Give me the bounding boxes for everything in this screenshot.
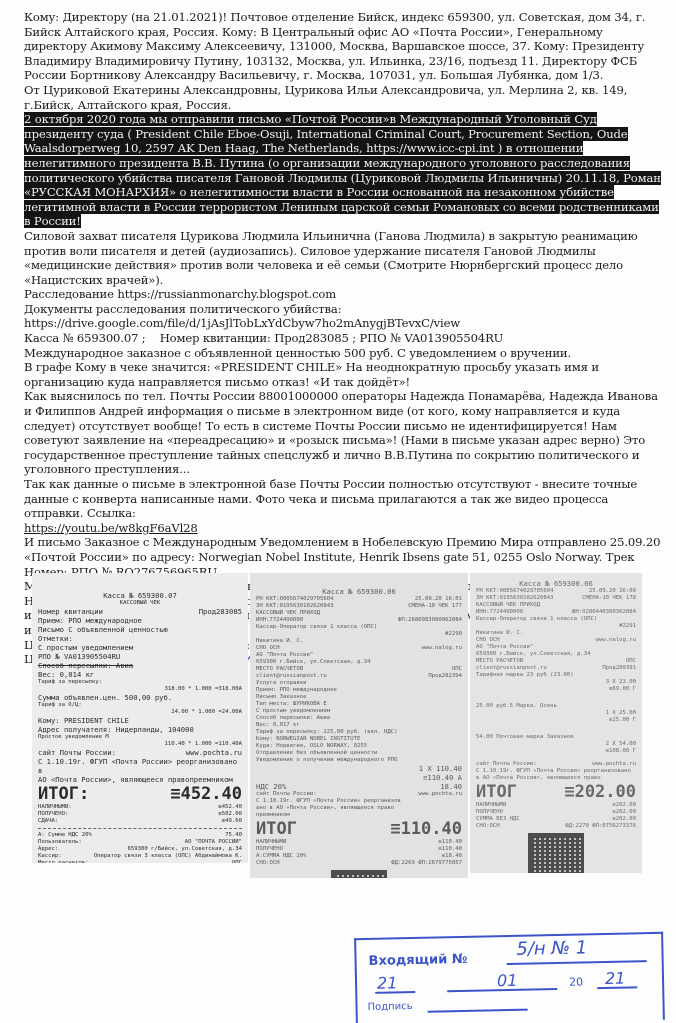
r3-addr: 659300 г.Бийск, ул.Советская, д.34 [476,651,636,658]
r2-vat-total: ≡18.40 [442,853,462,860]
r1-total: ≡452.40 [170,784,242,804]
r3-line: РН ККТ:0005674029705604 [476,588,553,595]
r1-received-label: ПОЛУЧЕНО: [38,811,68,818]
r1-cash-label: НАЛИЧНЫМИ: [38,804,72,811]
r1-notice-calc: 110.40 * 1.000 =110.40А [38,741,242,748]
r2-reorg: ано в АО «Почта России», являющееся прав… [256,805,462,812]
r1-dv-calc: 24.00 * 1.000 =24.00А [38,709,242,716]
r1-user: АО "ПОЧТА РОССИИ" [185,839,242,846]
r1-notice-label: Простое уведомление М [38,734,242,741]
kassa-number: Касса № 659300.07 [38,591,242,600]
r1-line: РПО № VA013905504RU [38,652,242,661]
r1-line: Прием: РПО международное [38,616,242,625]
r3-line: ЗН ККТ:0195630102620843 [476,595,553,602]
r2-body-line: Уведомление о получении международного Р… [256,757,462,764]
r2-cashier: Никитина И. С. [256,638,462,645]
r2-fn: ФП:2680983080062084 [398,617,462,624]
stamp-line [447,988,557,992]
r2-vat: 18.40 [440,782,462,791]
r2-shift: СМЕНА-10 ЧЕК 177 [408,603,462,610]
r1-cashier-label: Кассир: [38,853,62,860]
r3-total: ≡202.00 [564,782,636,802]
stamp-year-prefix: 20 [569,975,583,988]
r1-address: Адрес получателя: Нидерланды, 104000 [38,725,242,734]
r1-weight: Вес: 0,014 кг [38,670,242,679]
qr-code-icon [528,833,584,873]
receipt-type: КАССОВЫЙ ЧЕК [38,600,242,607]
r2-line: КАССОВЫЙ ЧЕК ПРИХОД [256,610,462,617]
r2-sum: ≡110.40 А [256,773,462,782]
stamp-day: 21 [377,973,398,992]
r2-reorg: С 1.10.19г. ФГУП «Почта России» реоргани… [256,798,462,805]
r2-fd: ФД:2269 ФП:2679775057 [391,860,462,867]
r3-site: www.nalog.ru [596,637,636,644]
r2-prod: Прод282394 [428,673,462,680]
r2-place: МЕСТО РАСЧЕТОВ [256,666,303,673]
r2-org: АО "Почта России" [256,652,462,659]
r3-site-label: сайт Почты России: [476,761,537,768]
receipt-no-label: Номер квитанции [38,607,103,616]
r2-body-line: Вес: 0,017 кг [256,722,462,729]
r1-declared: Сумма объявлен.цен. 500,00 руб. [38,693,242,702]
r1-reorg: С 1.10.19г. ФГУП <Почта России> реоргани… [38,757,242,775]
r3-item-sum: ≡108.00 Г [476,748,636,755]
r3-item-qty: 1 X 25.00 [476,710,636,717]
r3-item: 25.00 руб.5 Марка. Осень [476,703,636,710]
r3-line: Кассир-Оператор связи 1 класса (ОПС) [476,616,636,623]
highlighted-paragraph: 2 октября 2020 года мы отправили письмо … [24,112,664,229]
r1-line: Письмо С объявленной ценностью [38,625,242,634]
documents-link[interactable]: https://drive.google.com/file/d/1jAsJlTo… [24,316,664,331]
r3-received: ≡202.00 [612,809,636,816]
r3-prod: Прод280391 [602,665,636,672]
r3-line: ИНН:7724490000 [476,609,523,616]
r3-doc-no: #2291 [476,623,636,630]
r2-site: www.nalog.ru [422,645,462,652]
r2-reorg: преемником [256,812,462,819]
receipt-stamps: Касса № 659300.06 РН ККТ:000567402970560… [470,573,642,873]
r2-body-line: Отправление без объявленной ценности [256,750,462,757]
kassa-number: Касса № 659300.06 [476,579,636,588]
r1-line: Отметки: [38,634,242,643]
registered-mail: Международное заказное с объявленной цен… [24,346,664,361]
r3-item-qty: 3 X 23.00 [476,679,636,686]
stamp-signature-label: Подпись [367,1001,412,1013]
r3-reorg: в АО «Почта России», являющееся право [476,775,636,782]
r2-datetime: 25.09.20 16:01 [415,596,462,603]
r3-item-sum: ≡25.00 Г [476,717,636,724]
r3-datetime: 25.09.20 16:09 [589,588,636,595]
r1-received: ≡502.00 [218,811,242,818]
r2-total: ≡110.40 [390,819,462,839]
r2-line: ЗН ККТ:0195630102620843 [256,603,333,610]
r3-cash-label: НАЛИЧНЫМИ [476,802,506,809]
r2-email: client@russianpost.ru [256,673,327,680]
r3-org: АО "Почта России" [476,644,636,651]
r2-place-val: ОПС [452,666,462,673]
phone-call-paragraph: Как выяснилось по тел. Почты России 8800… [24,389,664,477]
r2-site-pochta: www.pochta.ru [418,791,462,798]
r2-line: РН ККТ:0005674029705604 [256,596,333,603]
r1-place: ОПС [232,860,242,863]
r2-line: Кассир-Оператор связи 1 класса (ОПС) [256,624,462,631]
stamp-title: Входящий № [368,952,467,969]
incoming-stamp: Входящий № 5/н № 1 21 01 20 21 Подпись [354,932,665,1023]
r1-change-label: СДАЧА: [38,818,58,825]
r3-place-val: ОПС [626,658,636,665]
receipt-info: Касса № 659300.07 ; Номер квитанции: Про… [24,331,664,346]
r2-received-label: ПОЛУЧЕНО [256,846,283,853]
r2-doc-no: #2290 [256,631,462,638]
r2-sno: СНО ОСН [256,645,280,652]
r3-cash: ≡202.00 [612,802,636,809]
r2-cash: ≡110.40 [438,839,462,846]
stamp-number: 5/н № 1 [516,937,587,959]
r3-item-sum: ≡69.00 Г [476,686,636,693]
kassa-number: Касса № 659300.06 [256,587,462,596]
stamp-line [428,1009,528,1013]
documents-label: Документы расследования политического уб… [24,302,664,317]
stamp-line [507,960,647,964]
r3-novat-label: СУММА БЕЗ НДС [476,816,520,823]
seizure-paragraph: Силовой захват писателя Цурикова Людмила… [24,229,664,287]
r1-reorg: АО <Почта России>, являющееся правопреем… [38,775,242,784]
r3-item: 54.00 Почтовая марка Заказное [476,734,636,741]
r3-email: client@russianpost.ru [476,665,547,672]
to-field-paragraph: В графе Кому в чеке значится: «PRESIDENT… [24,360,664,389]
r1-place-label: Место расчетов: [38,860,89,863]
r2-body-line: Способ пересылки: Авиа [256,715,462,722]
r3-sno: СНО ОСН [476,637,500,644]
investigation-link[interactable]: Расследование https://russianmonarchy.bl… [24,287,664,302]
r1-vat-label: А: Сумма НДС 20% [38,832,92,839]
r3-shift: СМЕНА-10 ЧЕК 178 [582,595,636,602]
stamp-year: 21 [605,969,626,988]
request-paragraph: Так как данные о письме в электронной ба… [24,477,664,521]
r3-reorg: С 1.10.19г. ФГУП «Почта России» реоргани… [476,768,636,775]
r1-cashier: Оператор связи 3 класса (ОПС) Абдинаймов… [94,853,242,860]
r1-addr-label: Адрес: [38,846,58,853]
r3-item: Тарифная марка 23 руб (23.00) [476,672,636,679]
r3-line: КАССОВЫЙ ЧЕК ПРИХОД [476,602,636,609]
receipt-no: Прод283085 [199,607,242,616]
stamp-line [597,986,637,988]
r2-cash-label: НАЛИЧНЫМИ [256,839,286,846]
r3-total-label: ИТОГ [476,782,517,802]
r1-vat: 75.40 [225,832,242,839]
divider [38,828,242,829]
addressees: Кому: Директору (на 21.01.2021)! Почтово… [24,10,664,83]
r2-body-line: Прием: РПО международное [256,687,462,694]
r3-novat: ≡202.00 [612,816,636,823]
r3-sno-label: СНО:ОСН [476,823,500,830]
video-link[interactable]: https://youtu.be/w8kgF6aVl28 [24,521,664,536]
r2-body-line: Услуга отправки [256,680,462,687]
stamp-month: 01 [497,971,518,990]
r3-site-pochta: www.pochta.ru [592,761,636,768]
r3-received-label: ПОЛУЧЕНО [476,809,503,816]
r1-change: ≡49.60 [222,818,242,825]
r2-line: ИНН:7724490000 [256,617,303,624]
receipt-icc: Касса № 659300.07 КАССОВЫЙ ЧЕК Номер кви… [32,573,248,863]
r1-site: www.pochta.ru [186,748,242,757]
r2-addr: 659300 г.Бийск, ул.Советская, д.34 [256,659,462,666]
r1-addr: 659300 г/Бийск, ул.Советская, д.34 [127,846,242,853]
r1-cash: ≡452.40 [218,804,242,811]
r1-site-label: сайт Почты России: [38,748,116,757]
r2-received: ≡110.40 [438,846,462,853]
r2-total-label: ИТОГ [256,819,297,839]
r2-vat-total-label: А:СУММА НДС 20% [256,853,307,860]
r1-tariff-calc: 318.00 * 1.000 =318.00А [38,686,242,693]
r1-total-label: ИТОГ: [38,784,89,804]
r2-body-line: С простым уведомлением [256,708,462,715]
sender: От Цуриковой Екатерины Александровны, Цу… [24,83,664,112]
r1-dv-label: Тариф за О/Ц: [38,702,242,709]
letter-body: Кому: Директору (на 21.01.2021)! Почтово… [24,10,664,667]
r2-body-line: Тип места: ШУРИКОВА Е [256,701,462,708]
r2-qty: 1 X 110.40 [256,764,462,773]
r1-to: Кому: PRESIDENT CHILE [38,716,242,725]
r2-body-line: Кому: NORWEGIAN NOBEL INSTITUTE [256,736,462,743]
receipt-nobel-notice: Касса № 659300.06 РН ККТ:000567402970560… [250,573,468,878]
r2-body-line: Письмо Заказное [256,694,462,701]
highlighted-text: 2 октября 2020 года мы отправили письмо … [24,112,661,228]
r3-item-qty: 2 X 54.00 [476,741,636,748]
r2-body-line: Куда: Норвегия, OSLO NORWAY, 0255 [256,743,462,750]
r2-body-line: Тариф за пересылку: 225,00 руб. (вкл. НД… [256,729,462,736]
r2-site-label: сайт Почты России: [256,791,317,798]
r3-fd: ФД:2270 ФП:0756273376 [565,823,636,830]
r2-vat-label: НДС 20% [256,782,286,791]
r3-place: МЕСТО РАСЧЕТОВ [476,658,523,665]
r1-user-label: Пользователь: [38,839,82,846]
qr-code-icon [331,870,387,878]
r1-method: Способ пересылки: Авиа [38,661,242,670]
r1-line: С простым уведомлением [38,643,242,652]
r2-sno-label: СНО:ОСН [256,860,280,867]
r1-tariff-label: Тариф за пересылку: [38,679,242,686]
stamp-line [375,991,415,993]
r3-cashier: Никитина И. С. [476,630,636,637]
r3-fn: ФН:9280440300362084 [572,609,636,616]
